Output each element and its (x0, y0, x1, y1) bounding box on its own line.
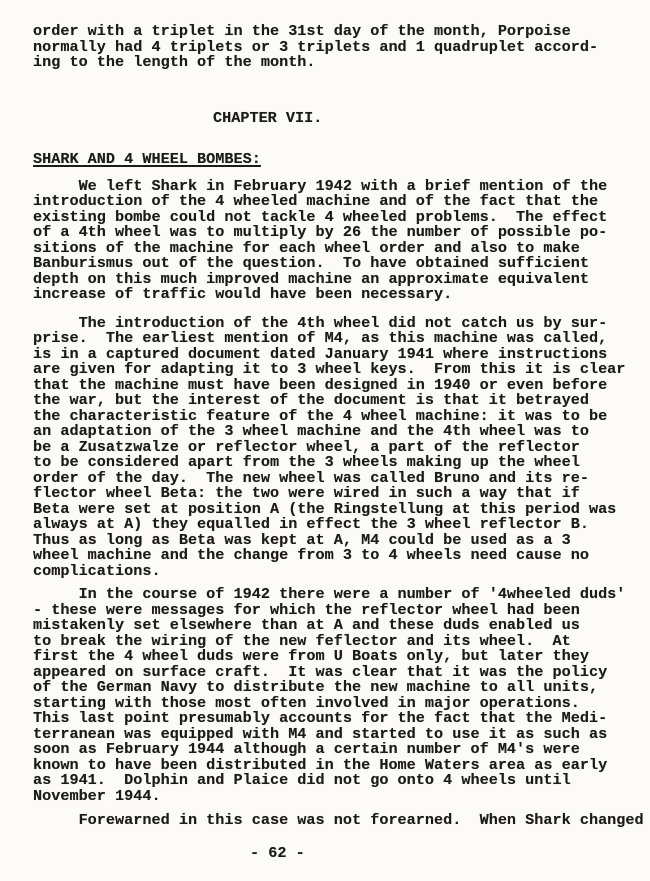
paragraph-shark-intro: We left Shark in February 1942 with a br… (33, 179, 636, 303)
document-page: order with a triplet in the 31st day of … (0, 0, 650, 881)
page-number: - 62 - (33, 846, 636, 862)
paragraph-4wheeled-duds: In the course of 1942 there were a numbe… (33, 587, 636, 804)
paragraph-continuation: order with a triplet in the 31st day of … (33, 24, 636, 71)
section-heading: SHARK AND 4 WHEEL BOMBES: (33, 152, 636, 168)
paragraph-m4-discovery: The introduction of the 4th wheel did no… (33, 316, 636, 580)
paragraph-forewarned: Forewarned in this case was not forearne… (33, 813, 636, 829)
chapter-heading: CHAPTER VII. (33, 111, 636, 127)
